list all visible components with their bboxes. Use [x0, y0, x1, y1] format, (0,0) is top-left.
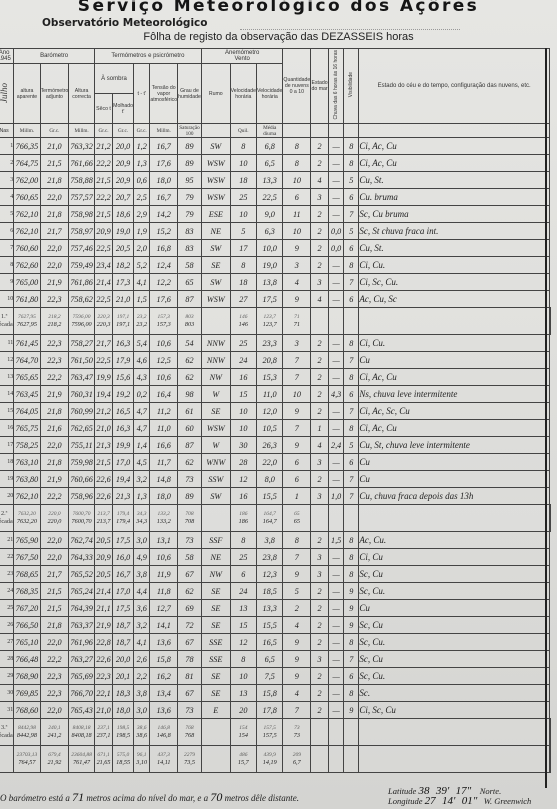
cell-value: 16,7	[150, 138, 178, 155]
cell-value: 2,0	[134, 240, 150, 257]
table-row: 7760,6022,0757,4622,520,52,016,883SW1710…	[0, 240, 551, 257]
cell-value: 21,0	[113, 291, 134, 308]
longitude-label: Longitude	[388, 796, 422, 806]
table-row: 5762,1021,8758,9821,518,62,914,279ESE109…	[0, 206, 551, 223]
unit-4: Gr.c.	[113, 124, 134, 138]
decade-sum: 7600,70	[69, 510, 94, 518]
cell-value: 18	[230, 172, 256, 189]
unit-7: Saturação 100	[178, 124, 202, 138]
cell-value: 13,1	[150, 532, 178, 549]
decade-total: 154154	[230, 719, 256, 746]
cell-value: 16	[230, 369, 256, 386]
sky-notes: Cu, St.	[359, 172, 550, 189]
decade-total: 803803	[178, 308, 202, 335]
shade-group: À sombra	[94, 64, 133, 94]
cell-value: 81	[178, 668, 202, 685]
decade-total: 34,334,3	[134, 505, 150, 532]
empty-cell	[344, 746, 359, 773]
cell-value: 768,35	[14, 583, 40, 600]
cell-value: 21,9	[40, 274, 69, 291]
cell-value: 3	[283, 257, 311, 274]
latitude-dir: Norte.	[480, 786, 502, 796]
day-number: 15	[0, 403, 14, 420]
header-vapour: Tensão do vapor atmosférico	[150, 64, 178, 124]
cell-value: SE	[201, 617, 230, 634]
cell-value: SE	[201, 257, 230, 274]
longitude-line: Longitude 27 14' 01" W. Greenwich	[388, 796, 531, 806]
barometer-group: Barómetro	[14, 49, 95, 64]
decade-sum: 65	[283, 510, 310, 518]
cell-value: 30	[230, 437, 256, 454]
cell-value: 16,2	[150, 668, 178, 685]
header-sea: Estado do mar	[311, 49, 329, 124]
cell-value: 7	[344, 274, 359, 291]
barometer-prefix: O barómetro está a	[0, 793, 70, 803]
decade-sum: 7596,00	[69, 313, 94, 321]
cell-value: 10	[230, 155, 256, 172]
decade-mean: 15,7	[231, 759, 256, 767]
cell-value: 22,0	[40, 189, 69, 206]
cell-value: 3,0	[134, 532, 150, 549]
decade-total: 7596,007596,00	[69, 308, 95, 335]
cell-value: —	[328, 138, 343, 155]
cell-value: 11	[283, 206, 311, 223]
cell-value: 19,0	[257, 257, 283, 274]
cell-value: 65	[178, 274, 202, 291]
cell-value: 61	[178, 403, 202, 420]
empty-cell	[311, 308, 329, 335]
cell-value: 9	[344, 583, 359, 600]
cell-value: 73	[178, 532, 202, 549]
cell-value: 757,57	[69, 189, 95, 206]
cell-value: 20,9	[94, 223, 112, 240]
decade-total: 157,5157,5	[257, 719, 283, 746]
cell-value: 12,7	[150, 600, 178, 617]
decade-mean: 241,2	[41, 732, 69, 740]
day-number: 7	[0, 240, 14, 257]
cell-value: 22,0	[40, 437, 69, 454]
cell-value: 761,66	[69, 155, 95, 172]
cell-value: 2	[311, 369, 329, 386]
decade-sum: 198,5	[113, 724, 133, 732]
month-label: Julho	[1, 83, 7, 103]
cell-value: NNW	[201, 335, 230, 352]
table-row: 14763,4521,9760,3119,419,20,216,498W1511…	[0, 386, 551, 403]
cell-value: 10	[283, 172, 311, 189]
cell-value: SE	[201, 403, 230, 420]
cell-value: 3,6	[134, 600, 150, 617]
cell-value: 67	[178, 685, 202, 702]
cell-value: 8	[230, 257, 256, 274]
decade-sum: 486	[231, 751, 256, 759]
cell-value: 763,47	[69, 369, 95, 386]
header-dry: Sêco t	[94, 94, 112, 124]
decade-mean: 157,3	[150, 321, 177, 329]
decade-mean: 186	[231, 518, 256, 526]
decade-mean: 73	[283, 732, 310, 740]
cell-value: 15,5	[257, 488, 283, 505]
cell-value: 1	[283, 488, 311, 505]
cell-value: 12,0	[257, 403, 283, 420]
cell-value: 4,9	[134, 549, 150, 566]
decade-mean: 38,6	[134, 732, 149, 740]
cell-value: 22,0	[40, 532, 69, 549]
cell-value: 21,6	[40, 420, 69, 437]
cell-value: WSW	[201, 420, 230, 437]
cell-value: 21,9	[40, 386, 69, 403]
cell-value: 6,8	[257, 138, 283, 155]
sky-notes: Sc, Cu	[359, 617, 550, 634]
decade-sum: 220,0	[41, 510, 69, 518]
cell-value: 762,00	[14, 172, 40, 189]
day-number: 18	[0, 454, 14, 471]
cell-value: —	[328, 420, 343, 437]
cell-value: 761,45	[14, 335, 40, 352]
decade-total: 437,314,11	[150, 746, 178, 773]
sheet-title: Fôlha de registo da observação das DEZAS…	[0, 31, 557, 43]
decade-mean: 7596,00	[69, 321, 94, 329]
cell-value: 69	[178, 600, 202, 617]
sky-notes: Cu	[359, 471, 550, 488]
cell-value: 762,10	[14, 488, 40, 505]
sky-notes: Sc, Cu	[359, 651, 550, 668]
cell-value: 767,50	[14, 549, 40, 566]
decade-sum: 439,9	[257, 751, 282, 759]
cell-value: ESE	[201, 206, 230, 223]
cell-value: 5	[283, 583, 311, 600]
decade-total: 218,2218,2	[40, 308, 69, 335]
cell-value: 22,2	[94, 155, 112, 172]
cell-value: 9	[283, 668, 311, 685]
decade-total: 23604,88761,47	[69, 746, 95, 773]
decade-mean: 23,2	[134, 321, 149, 329]
cell-value: 22,0	[257, 454, 283, 471]
cell-value: 21,0	[94, 702, 112, 719]
cell-value: 5	[230, 223, 256, 240]
cell-value: 763,10	[14, 454, 40, 471]
day-number: 26	[0, 617, 14, 634]
decade-total: 164,7164,7	[257, 505, 283, 532]
empty-cell	[344, 505, 359, 532]
header-rain: Chuva das 6 horas às 16 horas	[328, 49, 343, 124]
cell-value: 4	[311, 437, 329, 454]
cell-value: 17,8	[257, 702, 283, 719]
decade-sum: 96,1	[134, 751, 149, 759]
cell-value: —	[328, 189, 343, 206]
empty-cell	[328, 746, 343, 773]
cell-value: 87	[178, 437, 202, 454]
cell-value: —	[328, 274, 343, 291]
table-row: 15764,0521,8760,9921,216,54,711,261SE101…	[0, 403, 551, 420]
decade-label: 1.ª década	[0, 308, 14, 335]
sky-notes: Cu	[359, 352, 550, 369]
decade-summary-row: 2.ª década7632,207632,20220,0220,07600,7…	[0, 505, 551, 532]
cell-value: 765,65	[14, 369, 40, 386]
cell-value: 6	[344, 189, 359, 206]
decade-mean: 803	[178, 321, 201, 329]
cell-value: 0,2	[134, 386, 150, 403]
cell-value: 760,31	[69, 386, 95, 403]
unit-3: Gr.c.	[94, 124, 112, 138]
cell-value: 26,3	[257, 437, 283, 454]
decade-total	[201, 719, 230, 746]
empty-cell	[328, 308, 343, 335]
cell-value: 766,50	[14, 617, 40, 634]
cell-value: 4,4	[134, 583, 150, 600]
cell-value: 22,2	[94, 189, 112, 206]
decade-sum: 179,4	[113, 510, 133, 518]
cell-value: 6,5	[257, 155, 283, 172]
cell-value: SW	[201, 488, 230, 505]
cell-value: 1,5	[134, 291, 150, 308]
decade-total: 48615,7	[230, 746, 256, 773]
cell-value: 8	[230, 651, 256, 668]
cell-value: 6	[344, 291, 359, 308]
decade-total: 768768	[178, 719, 202, 746]
cell-value: 765,24	[69, 583, 95, 600]
cell-value: 2	[311, 634, 329, 651]
cell-value: SE	[201, 668, 230, 685]
cell-value: 13,3	[257, 172, 283, 189]
cell-value: 1,5	[328, 532, 343, 549]
cell-value: 11,9	[150, 566, 178, 583]
cell-value: 10	[283, 386, 311, 403]
cell-value: —	[328, 403, 343, 420]
cell-value: SE	[201, 600, 230, 617]
cell-value: 8	[344, 532, 359, 549]
cell-value: 2,4	[328, 437, 343, 454]
cell-value: 18,7	[113, 634, 134, 651]
unit-9: Quil.	[230, 124, 256, 138]
cell-value: 20,8	[257, 352, 283, 369]
cell-value: 3	[311, 274, 329, 291]
cell-value: 18,0	[150, 488, 178, 505]
table-row: 13765,6522,2763,4719,915,64,310,662NW161…	[0, 369, 551, 386]
cell-value: —	[328, 335, 343, 352]
cell-value: 21,5	[94, 206, 112, 223]
cell-value: 19,2	[113, 386, 134, 403]
unit-5: Gr.c.	[134, 124, 150, 138]
decade-summary-row: 1.ª década7627,957627,95218,2218,27596,0…	[0, 308, 551, 335]
cell-value: 761,86	[69, 274, 95, 291]
cell-value: 21,0	[40, 138, 69, 155]
year-header: Ano 1945	[0, 49, 14, 64]
empty-cell	[344, 308, 359, 335]
decade-total: 133,2133,2	[150, 505, 178, 532]
cell-value: 3	[311, 651, 329, 668]
empty-cell	[550, 746, 551, 773]
decade-sum: 237,1	[95, 724, 112, 732]
cell-value: 17,6	[150, 291, 178, 308]
cell-value: 22,5	[257, 189, 283, 206]
empty-cell	[550, 308, 551, 335]
cell-value: WSW	[201, 189, 230, 206]
cell-value: SSW	[201, 471, 230, 488]
cell-value: 2,9	[134, 206, 150, 223]
decade-sum: 34,3	[134, 510, 149, 518]
decade-total: 198,5198,5	[113, 719, 134, 746]
cell-value: 6	[344, 454, 359, 471]
cell-value: 20	[230, 702, 256, 719]
cell-value: 3	[311, 549, 329, 566]
empty-cell	[344, 719, 359, 746]
cell-value: 17,6	[150, 155, 178, 172]
page-title: Serviço Meteorológico dos Açôres	[0, 0, 557, 16]
cell-value: 4,5	[134, 454, 150, 471]
cell-value: 83	[178, 240, 202, 257]
cell-value: 3,0	[134, 702, 150, 719]
cell-value: 22,5	[94, 291, 112, 308]
decade-sum: 437,3	[150, 751, 177, 759]
decade-sum: 38,6	[134, 724, 149, 732]
table-row: 18763,1021,8759,9821,517,04,511,762WNW28…	[0, 454, 551, 471]
cell-value: 766,48	[14, 651, 40, 668]
cell-value: 758,25	[14, 437, 40, 454]
unit-12	[311, 124, 329, 138]
cell-value: 16,3	[113, 420, 134, 437]
decade-total	[201, 308, 230, 335]
cell-value: 762,10	[14, 206, 40, 223]
cell-value: 2	[311, 335, 329, 352]
decade-mean: 8442,98	[14, 732, 39, 740]
decade-total: 6565	[283, 505, 311, 532]
register-sheet: Serviço Meteorológico dos Açôres Observa…	[0, 0, 557, 809]
cell-value: 24	[230, 352, 256, 369]
cell-value: 13,4	[150, 685, 178, 702]
decade-sum: 240,1	[41, 724, 69, 732]
decade-total: 8408,188408,18	[69, 719, 95, 746]
cell-value: —	[328, 617, 343, 634]
table-row: 11761,4522,3758,2721,716,35,410,654NNW25…	[0, 335, 551, 352]
sky-notes: Ci, Ac, Sc, Cu	[359, 403, 550, 420]
cell-value: 21,9	[94, 617, 112, 634]
table-row: 29768,9022,3765,6922,320,12,216,281SE107…	[0, 668, 551, 685]
cell-value: 15,8	[257, 685, 283, 702]
cell-value: 12,2	[150, 274, 178, 291]
cell-value: 21,8	[40, 403, 69, 420]
decade-mean: 8408,18	[69, 732, 94, 740]
observation-rows: 1766,3521,0763,3221,220,01,216,789SW86,8…	[0, 138, 551, 773]
table-row: 4760,6522,0757,5722,220,72,516,779WSW252…	[0, 189, 551, 206]
day-number: 13	[0, 369, 14, 386]
cell-value: 15	[230, 386, 256, 403]
cell-value: 8	[283, 138, 311, 155]
cell-value: 17,5	[113, 532, 134, 549]
cell-value: 6	[344, 668, 359, 685]
cell-value: 20,5	[94, 566, 112, 583]
cell-value: 95	[178, 172, 202, 189]
cell-value: 11,8	[150, 583, 178, 600]
cell-value: 765,10	[14, 634, 40, 651]
cell-value: 11,0	[150, 420, 178, 437]
sky-notes: Ac, Cu.	[359, 532, 550, 549]
decade-mean: 21,92	[41, 759, 69, 767]
decade-total: 7373	[283, 719, 311, 746]
cell-value: 13,3	[257, 600, 283, 617]
cell-value: 18,7	[113, 617, 134, 634]
day-number: 29	[0, 668, 14, 685]
cell-value: 762,60	[14, 257, 40, 274]
decade-sum: 157,3	[150, 313, 177, 321]
cell-value: 21,2	[94, 138, 112, 155]
cell-value: 21,5	[94, 172, 112, 189]
cell-value: 768,90	[14, 668, 40, 685]
cell-value: 763,32	[69, 138, 95, 155]
day-number: 11	[0, 335, 14, 352]
cell-value: 1,3	[134, 155, 150, 172]
cell-value: 758,27	[69, 335, 95, 352]
cell-value: 4,3	[328, 386, 343, 403]
observatory-name: Observatório Meteorológico	[42, 17, 207, 29]
cell-value: 25	[230, 549, 256, 566]
cell-value: 763,80	[14, 471, 40, 488]
day-number: 3	[0, 172, 14, 189]
table-row: 19763,8021,9760,6622,619,43,214,873SSW12…	[0, 471, 551, 488]
cell-value: 23,8	[257, 549, 283, 566]
sky-notes: Ci, Cu.	[359, 335, 550, 352]
cell-value: 2	[311, 668, 329, 685]
cell-value: 21,8	[40, 172, 69, 189]
cell-value: 764,75	[14, 155, 40, 172]
empty-cell	[311, 719, 329, 746]
cell-value: 6	[230, 566, 256, 583]
cell-value: 14,8	[150, 471, 178, 488]
cell-value: 11,0	[257, 386, 283, 403]
day-header: Nas	[0, 124, 14, 138]
cell-value: 10	[283, 223, 311, 240]
decade-label: 3.ª década	[0, 719, 14, 746]
cell-value: 765,90	[14, 532, 40, 549]
decade-mean: 6,7	[283, 759, 310, 767]
cell-value: 18,2	[113, 257, 134, 274]
cell-value: 7	[283, 549, 311, 566]
decade-total: 23703,13764,57	[14, 746, 40, 773]
cell-value: 20,0	[113, 651, 134, 668]
cell-value: 6	[283, 454, 311, 471]
day-number: 24	[0, 583, 14, 600]
empty-cell	[328, 505, 343, 532]
decade-sum: 2279	[178, 751, 201, 759]
cell-value: 8	[344, 634, 359, 651]
cell-value: 7	[344, 488, 359, 505]
decade-total: 7171	[283, 308, 311, 335]
cell-value: 13,6	[150, 634, 178, 651]
unit-14	[344, 124, 359, 138]
table-row: 21765,9022,0762,7420,517,53,013,173SSF83…	[0, 532, 551, 549]
cell-value: 10	[230, 206, 256, 223]
cell-value: 757,46	[69, 240, 95, 257]
cell-value: 18,3	[113, 685, 134, 702]
cell-value: 21,5	[40, 600, 69, 617]
cell-value: 22,2	[40, 488, 69, 505]
cell-value: 14,1	[150, 617, 178, 634]
cell-value: 769,85	[14, 685, 40, 702]
cell-value: NW	[201, 566, 230, 583]
cell-value: 2	[311, 352, 329, 369]
cell-value: 758,97	[69, 223, 95, 240]
day-number: 25	[0, 600, 14, 617]
cell-value: 761,80	[14, 291, 40, 308]
cell-value: 4,1	[134, 274, 150, 291]
cell-value: 3	[311, 488, 329, 505]
sky-notes: Cu. bruma	[359, 189, 550, 206]
decade-sum: 8442,98	[14, 724, 39, 732]
cell-value: 763,37	[69, 617, 95, 634]
cell-value: 28	[230, 454, 256, 471]
table-row: 22767,5022,0764,3320,916,04,910,658NE252…	[0, 549, 551, 566]
unit-15	[359, 124, 550, 138]
day-number: 5	[0, 206, 14, 223]
